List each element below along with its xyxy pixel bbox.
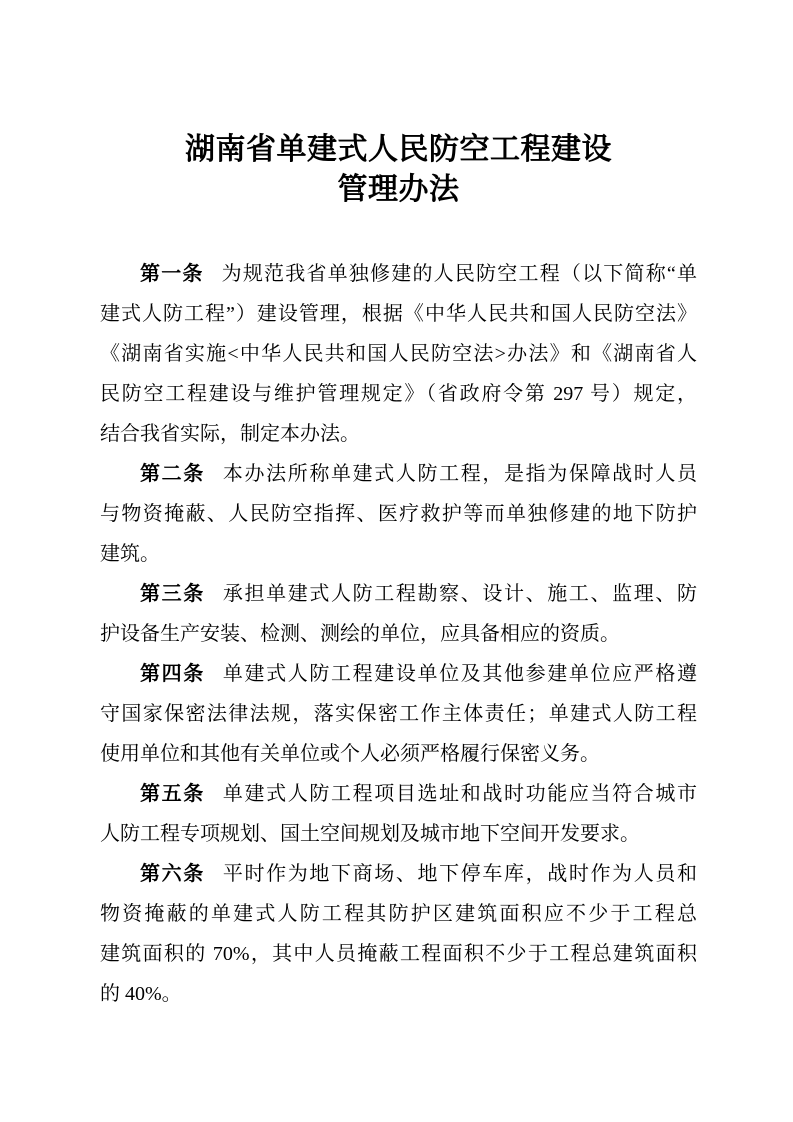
article-4: 第四条单建式人防工程建设单位及其他参建单位应严格遵 守国家保密法律法规，落实保密… xyxy=(100,654,697,774)
article-3-line-2: 护设备生产安装、检测、测绘的单位，应具备相应的资质。 xyxy=(100,614,697,654)
title-line-1: 湖南省单建式人民防空工程建设 xyxy=(100,130,697,170)
article-1-line-4: 民防空工程建设与维护管理规定》（省政府令第 297 号）规定， xyxy=(100,374,697,414)
article-4-text-1: 单建式人防工程建设单位及其他参建单位应严格遵 xyxy=(223,663,697,685)
article-3: 第三条承担单建式人防工程勘察、设计、施工、监理、防 护设备生产安装、检测、测绘的… xyxy=(100,574,697,654)
article-6-text-1: 平时作为地下商场、地下停车库，战时作为人员和 xyxy=(223,863,697,885)
article-3-text-1: 承担单建式人防工程勘察、设计、施工、监理、防 xyxy=(223,583,697,605)
article-2-line-2: 与物资掩蔽、人民防空指挥、医疗救护等而单独修建的地下防护 xyxy=(100,494,697,534)
article-2: 第二条本办法所称单建式人防工程，是指为保障战时人员 与物资掩蔽、人民防空指挥、医… xyxy=(100,454,697,574)
article-1: 第一条为规范我省单独修建的人民防空工程（以下简称“单 建式人防工程”）建设管理，… xyxy=(100,254,697,454)
document-title: 湖南省单建式人民防空工程建设 管理办法 xyxy=(100,130,697,210)
article-6-line-2: 物资掩蔽的单建式人防工程其防护区建筑面积应不少于工程总 xyxy=(100,894,697,934)
article-3-number: 第三条 xyxy=(140,583,205,605)
article-2-text-1: 本办法所称单建式人防工程，是指为保障战时人员 xyxy=(223,463,697,485)
article-1-line-2: 建式人防工程”）建设管理，根据《中华人民共和国人民防空法》 xyxy=(100,294,697,334)
article-5-text-1: 单建式人防工程项目选址和战时功能应当符合城市 xyxy=(223,783,697,805)
article-5-line-1: 第五条单建式人防工程项目选址和战时功能应当符合城市 xyxy=(100,774,697,814)
article-4-line-2: 守国家保密法律法规，落实保密工作主体责任；单建式人防工程 xyxy=(100,694,697,734)
article-6-line-4: 的 40%。 xyxy=(100,974,697,1014)
article-4-line-1: 第四条单建式人防工程建设单位及其他参建单位应严格遵 xyxy=(100,654,697,694)
article-1-line-1: 第一条为规范我省单独修建的人民防空工程（以下简称“单 xyxy=(100,254,697,294)
article-6-number: 第六条 xyxy=(140,863,205,885)
document-page: 湖南省单建式人民防空工程建设 管理办法 第一条为规范我省单独修建的人民防空工程（… xyxy=(0,0,793,1122)
article-1-text-1: 为规范我省单独修建的人民防空工程（以下简称“单 xyxy=(222,263,697,285)
article-6-line-3: 建筑面积的 70%，其中人员掩蔽工程面积不少于工程总建筑面积 xyxy=(100,934,697,974)
article-3-line-1: 第三条承担单建式人防工程勘察、设计、施工、监理、防 xyxy=(100,574,697,614)
article-6-line-1: 第六条平时作为地下商场、地下停车库，战时作为人员和 xyxy=(100,854,697,894)
article-2-line-1: 第二条本办法所称单建式人防工程，是指为保障战时人员 xyxy=(100,454,697,494)
article-2-number: 第二条 xyxy=(140,463,205,485)
document-body: 第一条为规范我省单独修建的人民防空工程（以下简称“单 建式人防工程”）建设管理，… xyxy=(100,254,697,1014)
article-1-number: 第一条 xyxy=(140,263,204,285)
article-1-line-5: 结合我省实际，制定本办法。 xyxy=(100,414,697,454)
article-5-line-2: 人防工程专项规划、国土空间规划及城市地下空间开发要求。 xyxy=(100,814,697,854)
article-1-line-3: 《湖南省实施<中华人民共和国人民防空法>办法》和《湖南省人 xyxy=(100,334,697,374)
article-4-number: 第四条 xyxy=(140,663,205,685)
article-6: 第六条平时作为地下商场、地下停车库，战时作为人员和 物资掩蔽的单建式人防工程其防… xyxy=(100,854,697,1014)
article-2-line-3: 建筑。 xyxy=(100,534,697,574)
article-5-number: 第五条 xyxy=(140,783,205,805)
article-4-line-3: 使用单位和其他有关单位或个人必须严格履行保密义务。 xyxy=(100,734,697,774)
title-line-2: 管理办法 xyxy=(100,170,697,210)
article-5: 第五条单建式人防工程项目选址和战时功能应当符合城市 人防工程专项规划、国土空间规… xyxy=(100,774,697,854)
